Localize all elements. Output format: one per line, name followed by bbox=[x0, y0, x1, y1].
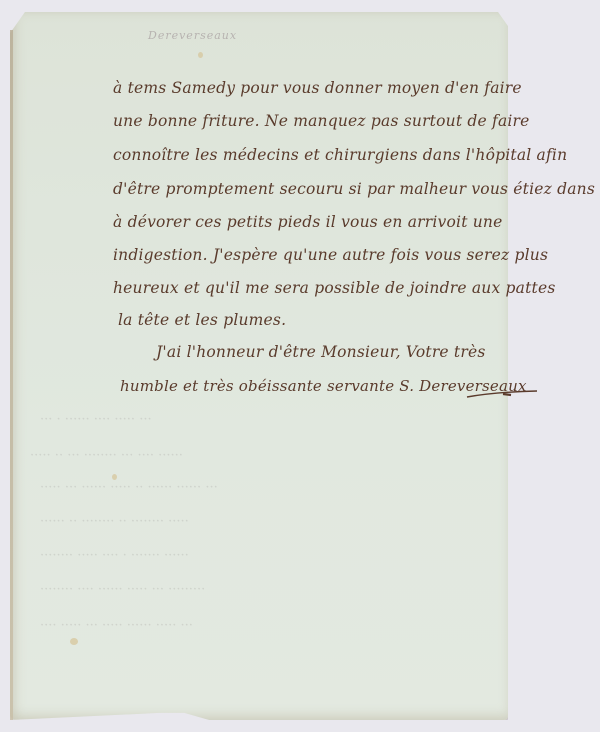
paper-stain bbox=[70, 638, 78, 645]
bleed-through-line: ····· ········ ·· ········ ·· ······ bbox=[40, 514, 189, 529]
paper-edge bbox=[10, 30, 13, 720]
letter-line: indigestion. J'espère qu'une autre fois … bbox=[113, 246, 548, 264]
bleed-through-line: ······ ······· · ···· ····· ········ bbox=[40, 548, 189, 563]
bleed-through-line: ······ ···· ··· ········ ··· ·· ····· bbox=[30, 448, 183, 463]
letter-line: une bonne friture. Ne manquez pas surtou… bbox=[113, 112, 530, 130]
bleed-through-line: ··· ····· ···· ······ · ··· bbox=[40, 412, 152, 427]
letter-line: la tête et les plumes. bbox=[118, 311, 286, 329]
bleed-through-line: ··· ····· ······ ····· ··· ····· ···· bbox=[40, 618, 193, 633]
letter-line: connoître les médecins et chirurgiens da… bbox=[113, 146, 567, 164]
letter-line: à tems Samedy pour vous donner moyen d'e… bbox=[113, 79, 522, 97]
bleed-through-line: ··· ······ ······ ·· ····· ······ ··· ··… bbox=[40, 480, 218, 495]
bleed-through-line: ········· ··· ····· ······ ···· ········ bbox=[40, 582, 205, 597]
paper-stain bbox=[198, 52, 203, 58]
letter-line: à dévorer ces petits pieds il vous en ar… bbox=[113, 213, 503, 231]
letter-line: d'être promptement secouru si par malheu… bbox=[113, 180, 595, 198]
closing-line: J'ai l'honneur d'être Monsieur, Votre tr… bbox=[156, 343, 486, 361]
signature-flourish-icon bbox=[465, 390, 540, 400]
letter-line: heureux et qu'il me sera possible de joi… bbox=[113, 279, 555, 297]
pencil-annotation: Dereverseaux bbox=[148, 29, 237, 42]
